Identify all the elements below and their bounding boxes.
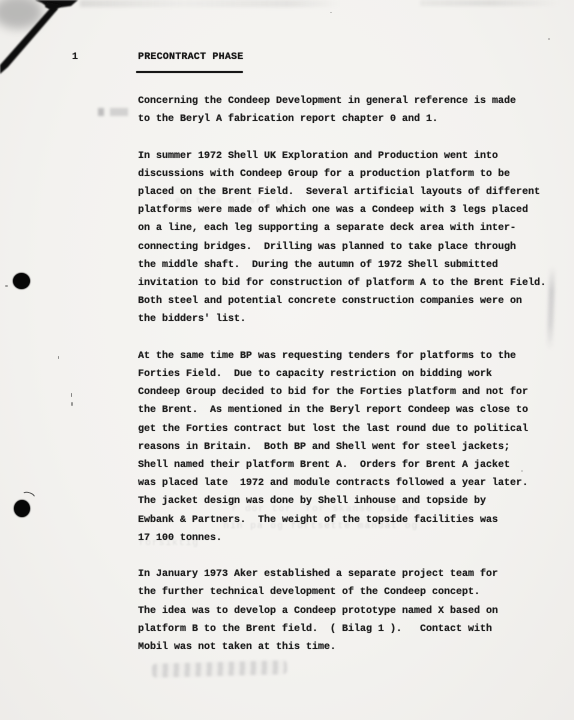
text-line: placed on the Brent Field. Several artif… (138, 184, 558, 202)
text-line: the bidders' list. (138, 311, 558, 329)
text-line: platforms were made of which one was a C… (138, 202, 558, 220)
text-line: the middle shaft. During the autumn of 1… (138, 257, 558, 275)
ink-speck (71, 393, 72, 397)
scan-smudge (80, 0, 340, 7)
paragraph: In January 1973 Aker established a separ… (138, 566, 558, 657)
ink-speck (402, 171, 404, 173)
ink-blot (13, 273, 30, 289)
text-line: Forties Field. Due to capacity restricti… (138, 366, 558, 384)
paragraph: At the same time BP was requesting tende… (138, 348, 558, 548)
text-line: Shell named their platform Brent A. Orde… (138, 457, 558, 475)
ink-speck (330, 12, 332, 13)
text-line: reasons in Britain. Both BP and Shell we… (138, 439, 558, 457)
text-line: Condeep Group decided to bid for the For… (138, 384, 558, 402)
section-heading: PRECONTRACT PHASE (138, 52, 243, 63)
ink-speck (521, 470, 523, 472)
text-line: connecting bridges. Drilling was planned… (138, 239, 558, 257)
text-line: In January 1973 Aker established a separ… (138, 566, 558, 584)
paragraph: Concerning the Condeep Development in ge… (138, 93, 558, 129)
ink-speck (58, 356, 59, 359)
document-page: el t sa n sr. blr dor tor for skanse vid… (0, 0, 574, 720)
text-line: to the Beryl A fabrication report chapte… (138, 111, 558, 129)
scan-smudge (420, 0, 560, 6)
ink-blot (14, 500, 30, 517)
text-line: At the same time BP was requesting tende… (138, 348, 558, 366)
scan-corner-fold-artifact (0, 0, 95, 95)
text-line: get the Forties contract but lost the la… (138, 421, 558, 439)
paragraph: In summer 1972 Shell UK Exploration and … (138, 148, 558, 330)
text-line: In summer 1972 Shell UK Exploration and … (138, 148, 558, 166)
text-line: discussions with Condeep Group for a pro… (138, 166, 558, 184)
text-line: platform B to the Brent field. ( Bilag 1… (138, 621, 558, 639)
text-line: Ewbank & Partners. The weight of the top… (138, 512, 558, 530)
text-line: Both steel and potential concrete constr… (138, 293, 558, 311)
heading-underline (136, 71, 243, 73)
text-line: invitation to bid for construction of pl… (138, 275, 558, 293)
text-line: Concerning the Condeep Development in ge… (138, 93, 558, 111)
text-line: The idea was to develop a Condeep protot… (138, 603, 558, 621)
text-column: Concerning the Condeep Development in ge… (138, 93, 558, 657)
text-line: the further technical development of the… (138, 584, 558, 602)
text-line: the Brent. As mentioned in the Beryl rep… (138, 402, 558, 420)
text-line: was placed late 1972 and module contract… (138, 475, 558, 493)
text-line: on a line, each leg supporting a separat… (138, 220, 558, 238)
scan-smudge (152, 660, 287, 678)
ink-speck (71, 402, 73, 406)
text-line: Mobil was not taken at this time. (138, 639, 558, 657)
text-line: 17 100 tonnes. (138, 530, 558, 548)
text-line: The jacket design was done by Shell inho… (138, 493, 558, 511)
ink-speck (548, 38, 550, 40)
ink-speck (5, 285, 8, 287)
